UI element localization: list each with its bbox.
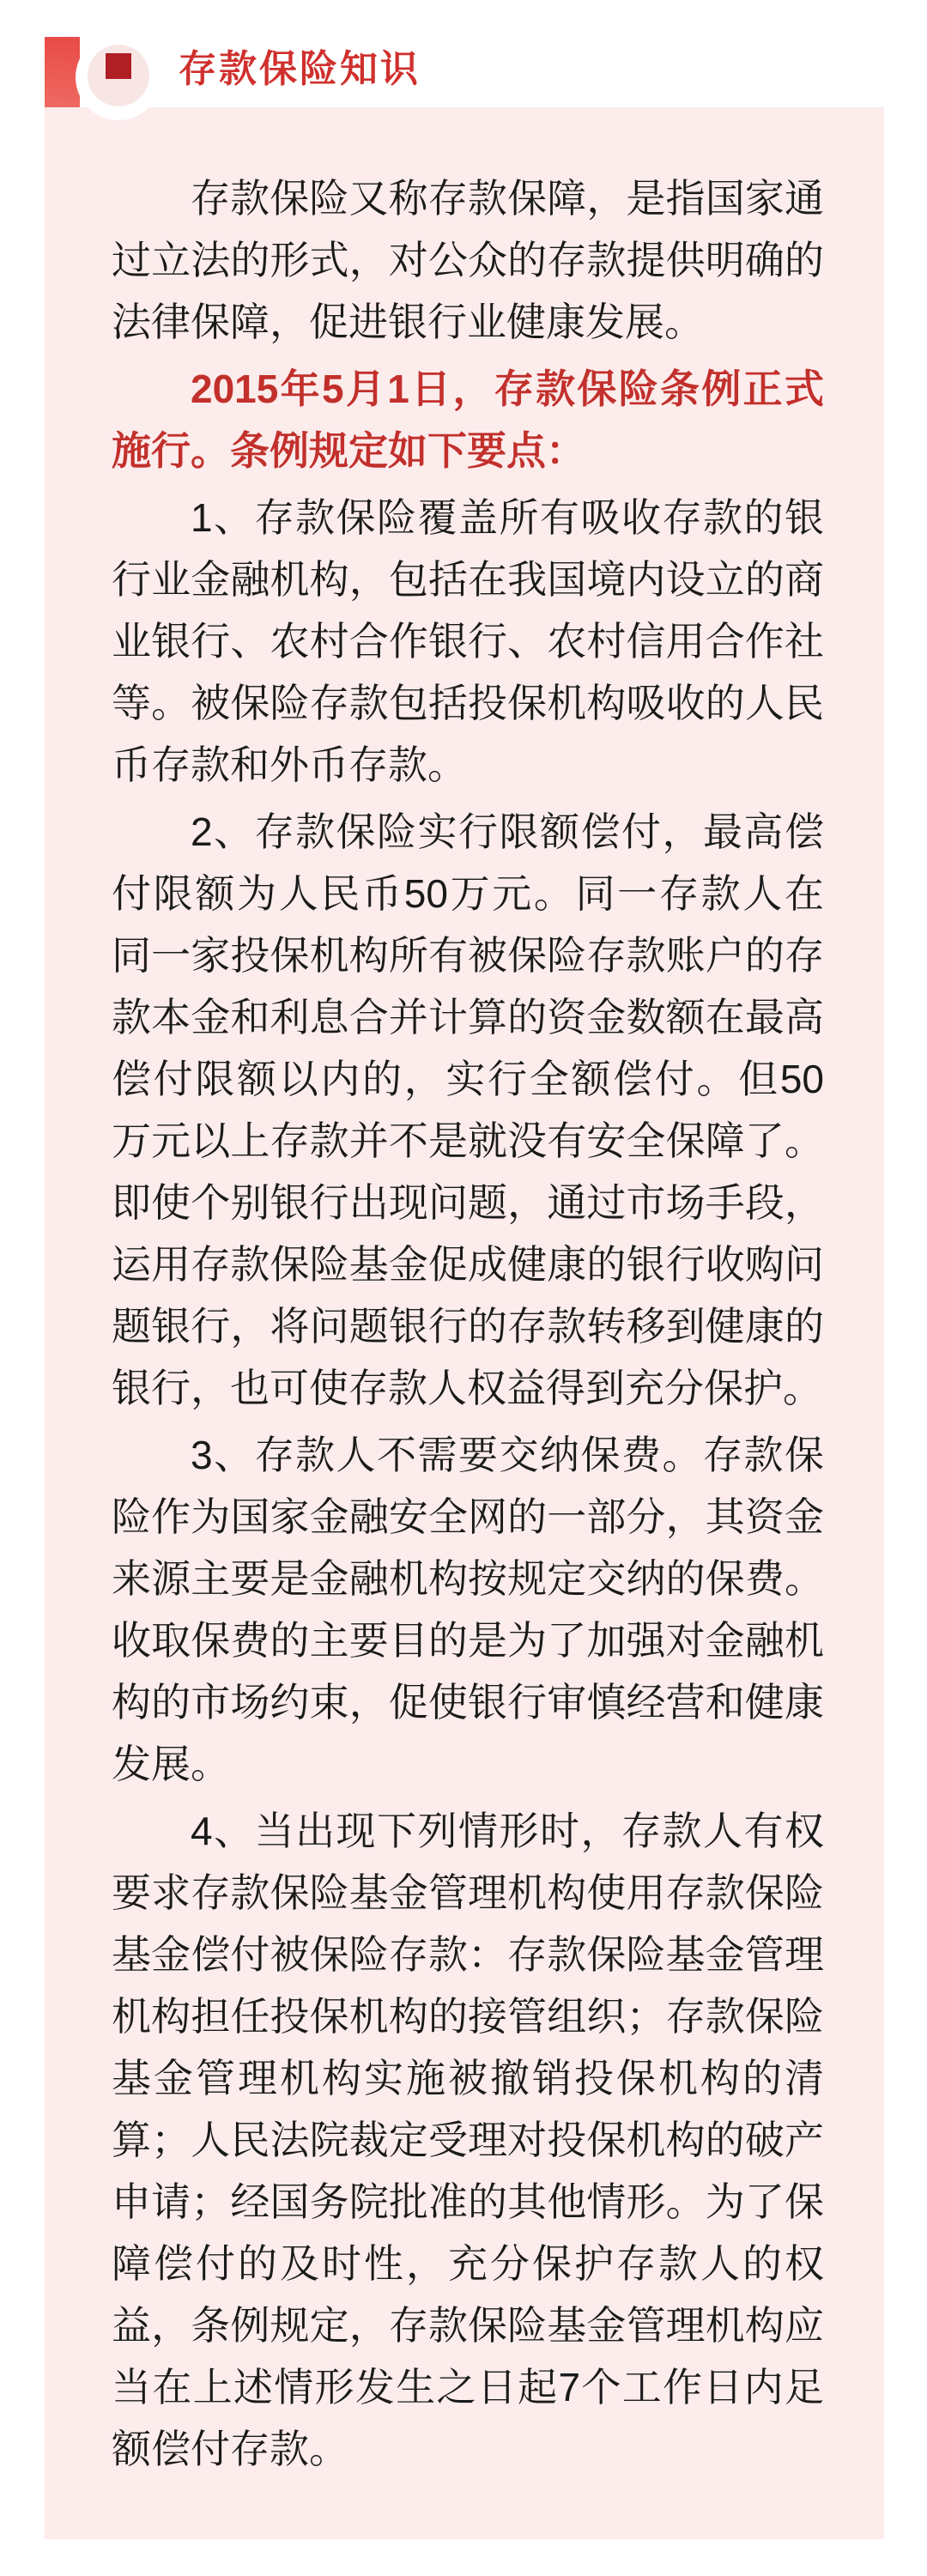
ribbon-decoration: [45, 37, 80, 107]
article-paragraph-intro: 存款保险又称存款保障，是指国家通过立法的形式，对公众的存款提供明确的法律保障，促…: [112, 167, 824, 353]
bullet-square-icon: [106, 53, 131, 79]
section-title: 存款保险知识: [179, 49, 421, 90]
article-paragraph-point-3: 3、存款人不需要交纳保费。存款保险作为国家金融安全网的一部分，其资金来源主要是金…: [112, 1424, 824, 1795]
article-paragraph-highlight: 2015年5月1日，存款保险条例正式施行。条例规定如下要点：: [112, 358, 824, 482]
article-paragraph-point-2: 2、存款保险实行限额偿付，最高偿付限额为人民币50万元。同一存款人在同一家投保机…: [112, 801, 824, 1419]
article-paragraph-point-1: 1、存款保险覆盖所有吸收存款的银行业金融机构，包括在我国境内设立的商业银行、农村…: [112, 487, 824, 796]
article-paragraph-point-4: 4、当出现下列情形时，存款人有权要求存款保险基金管理机构使用存款保险基金偿付被保…: [112, 1800, 824, 2480]
badge-circle: [76, 34, 161, 120]
section-header: 存款保险知识: [0, 0, 927, 146]
page: 存款保险知识 存款保险又称存款保障，是指国家通过立法的形式，对公众的存款提供明确…: [0, 0, 927, 2576]
article-card: 存款保险又称存款保障，是指国家通过立法的形式，对公众的存款提供明确的法律保障，促…: [45, 107, 884, 2539]
